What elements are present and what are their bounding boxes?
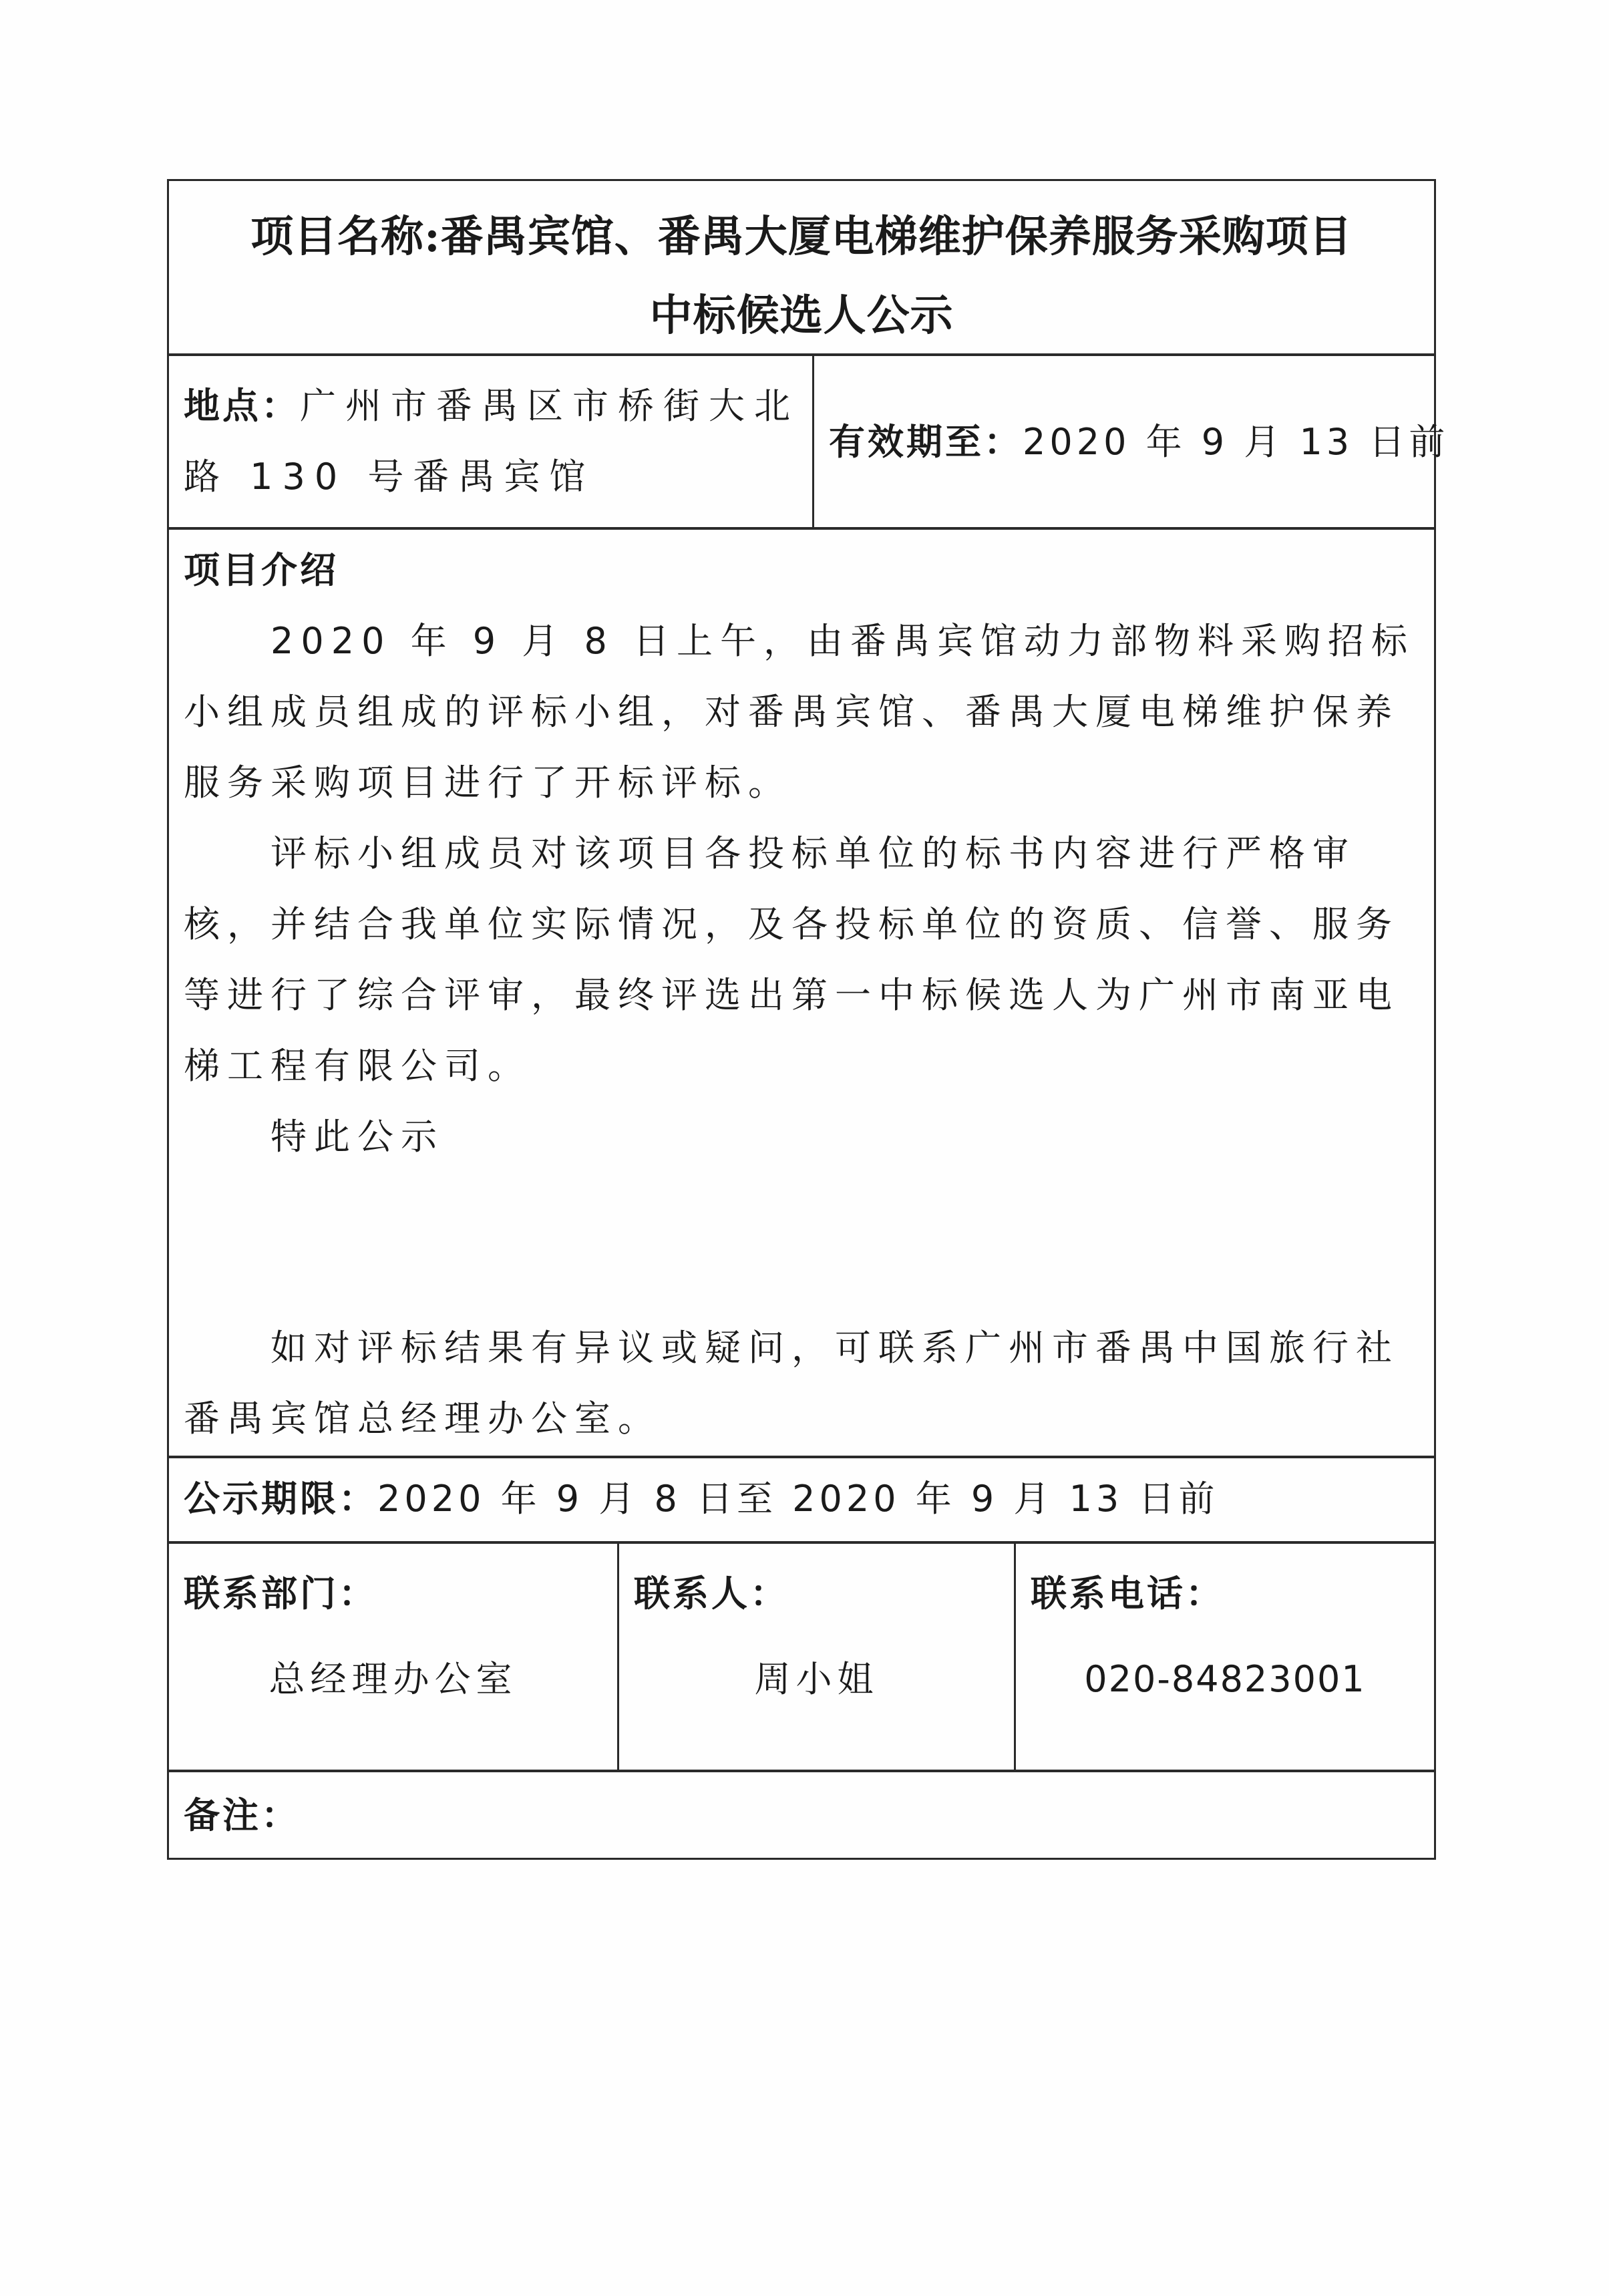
- location-label: 地点：: [184, 385, 300, 427]
- intro-paragraph-3: 特此公示: [184, 1102, 1419, 1172]
- contact-phone-label: 联系电话：: [1031, 1559, 1224, 1629]
- remarks-row: 备注：: [169, 1772, 1434, 1858]
- announcement-table: 项目名称:番禺宾馆、番禺大厦电梯维护保养服务采购项目 中标候选人公示 地点：广州…: [167, 179, 1436, 1860]
- project-title: 项目名称:番禺宾馆、番禺大厦电梯维护保养服务采购项目: [169, 202, 1434, 264]
- announcement-subtitle: 中标候选人公示: [169, 281, 1434, 343]
- location-validity-row: 地点：广州市番禺区市桥街大北 路 130 号番禺宾馆 有效期至：2020 年 9…: [169, 356, 1434, 530]
- location-value-line1: 广州市番禺区市桥街大北: [300, 385, 799, 427]
- intro-paragraph-1: 2020 年 9 月 8 日上午，由番禺宾馆动力部物料采购招标小组成员组成的评标…: [184, 606, 1419, 818]
- intro-heading: 项目介绍: [184, 535, 1419, 606]
- contact-person-cell: 联系人： 周小姐: [619, 1544, 1016, 1770]
- validity-label: 有效期至：: [829, 421, 1023, 463]
- notice-period-label: 公示期限：: [184, 1478, 377, 1520]
- contact-person-value: 周小姐: [619, 1644, 1014, 1715]
- location-value-line2: 路 130 号番禺宾馆: [184, 456, 594, 498]
- intro-row: 项目介绍 2020 年 9 月 8 日上午，由番禺宾馆动力部物料采购招标小组成员…: [169, 530, 1434, 1458]
- title-row: 项目名称:番禺宾馆、番禺大厦电梯维护保养服务采购项目 中标候选人公示: [169, 181, 1434, 356]
- validity-cell: 有效期至：2020 年 9 月 13 日前: [814, 356, 1434, 527]
- contact-department-cell: 联系部门： 总经理办公室: [169, 1544, 619, 1770]
- validity-value: 2020 年 9 月 13 日前: [1023, 421, 1449, 463]
- contact-phone-value: 020-84823001: [1016, 1644, 1434, 1715]
- contact-department-label: 联系部门：: [184, 1559, 377, 1629]
- location-cell: 地点：广州市番禺区市桥街大北 路 130 号番禺宾馆: [169, 356, 814, 527]
- contact-person-label: 联系人：: [634, 1559, 789, 1629]
- remarks-label: 备注：: [184, 1794, 300, 1836]
- contacts-row: 联系部门： 总经理办公室 联系人： 周小姐 联系电话： 020-84823001: [169, 1544, 1434, 1772]
- intro-paragraph-4: 如对评标结果有异议或疑问，可联系广州市番禺中国旅行社番禺宾馆总经理办公室。: [184, 1313, 1419, 1454]
- notice-period-row: 公示期限：2020 年 9 月 8 日至 2020 年 9 月 13 日前: [169, 1458, 1434, 1544]
- intro-paragraph-2: 评标小组成员对该项目各投标单位的标书内容进行严格审核，并结合我单位实际情况，及各…: [184, 818, 1419, 1102]
- document-page: 项目名称:番禺宾馆、番禺大厦电梯维护保养服务采购项目 中标候选人公示 地点：广州…: [0, 0, 1609, 2296]
- contact-department-value: 总经理办公室: [169, 1644, 617, 1715]
- contact-phone-cell: 联系电话： 020-84823001: [1016, 1544, 1434, 1770]
- notice-period-value: 2020 年 9 月 8 日至 2020 年 9 月 13 日前: [377, 1478, 1218, 1520]
